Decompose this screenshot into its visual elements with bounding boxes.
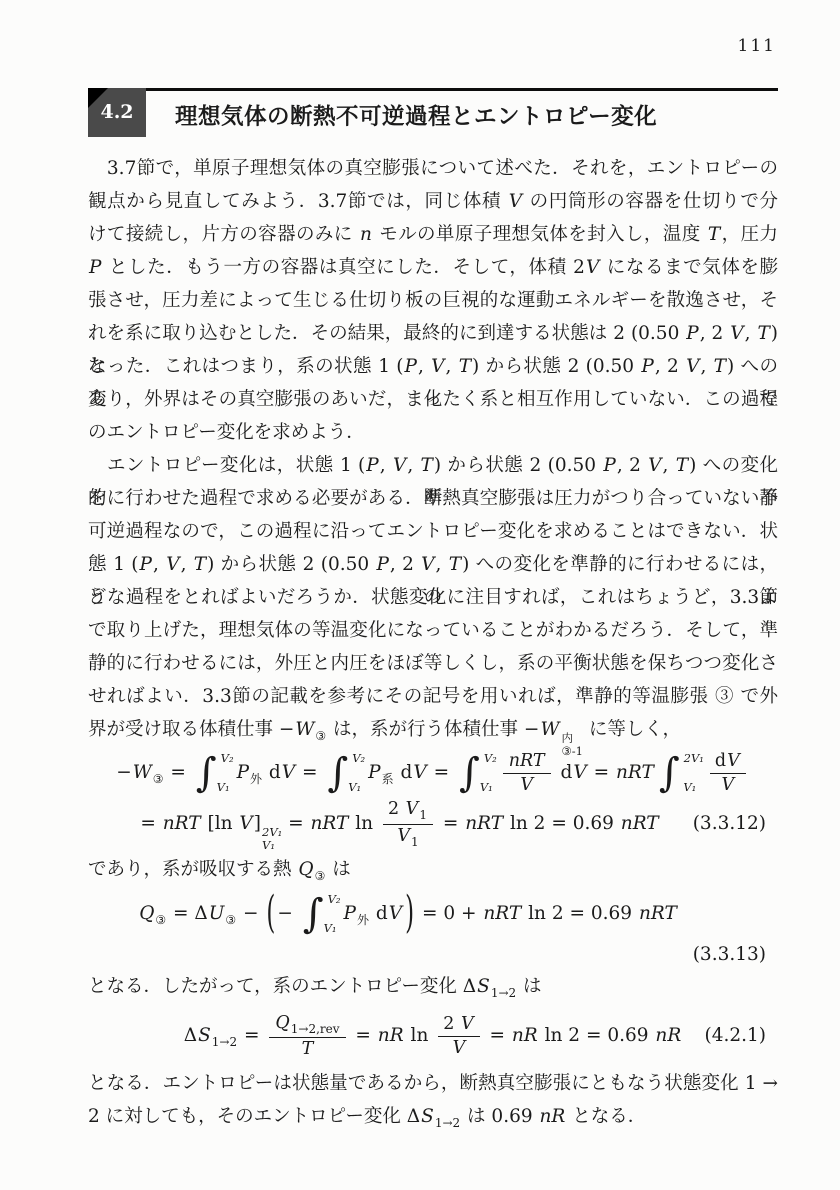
text-line: 態 1 (P, V, T) から状態 2 (0.50 P, 2 V, T) への…: [88, 548, 778, 581]
equation-line: = nRT [ln V]2V₁V₁ = nRT ln 2 V1V1 = nRT …: [88, 798, 778, 850]
math-variable: S: [420, 1106, 435, 1127]
math-variable: nR: [539, 1106, 567, 1127]
integral-sign: ∫V₂V₁: [327, 749, 365, 797]
math-variable: V: [585, 257, 600, 278]
math-supsub: 2V₁V₁: [262, 826, 282, 852]
text-line: 的に行わせた過程で求める必要がある．断熱真空膨張は圧力がつり合っていない不: [88, 482, 778, 515]
math-variable: T: [675, 455, 689, 476]
text-line: となる．したがって，系のエントロピー変化 ΔS1→2 は: [88, 970, 778, 1003]
math-variable: T: [420, 455, 434, 476]
math-variable: V: [685, 356, 700, 377]
equation-3-3-13: Q③ = ΔU③ − (− ∫V₂V₁P外 dV) = 0 + nRT ln 2…: [88, 888, 778, 970]
math-variable: n: [359, 224, 373, 245]
math-variable: V: [281, 762, 296, 783]
paragraph-1: 3.7節で，単原子理想気体の真空膨張について述べた．それを，エントロピーの 観点…: [88, 152, 778, 449]
section-header: 4.2 理想気体の断熱不可逆過程とエントロピー変化: [88, 88, 778, 138]
math-variable: U: [208, 903, 226, 924]
text-line: けて接続し，片方の容器のみに n モルの単原子理想気体を封入し，温度 T，圧力: [88, 218, 778, 251]
math-variable: P: [343, 903, 357, 924]
math-variable: V: [392, 455, 407, 476]
math-fraction: Q1→2,revT: [269, 1013, 345, 1060]
paragraph-3: となる．エントロピーは状態量であるから，断熱真空膨張にともなう状態変化 1 → …: [88, 1067, 778, 1133]
math-variable: W: [132, 762, 153, 783]
math-variable: nR: [511, 1025, 539, 1046]
math-subscript: 系: [382, 772, 395, 786]
math-variable: T: [301, 1039, 315, 1059]
math-variable: P: [602, 455, 616, 476]
page-number: 111: [738, 36, 776, 56]
math-variable: P: [640, 356, 654, 377]
big-paren: ): [405, 892, 414, 936]
math-variable: V: [165, 554, 180, 575]
math-subscript: ③: [153, 772, 165, 786]
math-subscript: 1→2: [212, 1035, 238, 1049]
equation-line: −W③ = ∫V₂V₁P外 dV = ∫V₂V₁P系 dV = ∫V₂V₁nRT…: [88, 748, 778, 798]
section-number: 4.2: [88, 101, 146, 123]
text-line: で取り上げた，理想気体の等温変化になっていることがわかるだろう．そして，準: [88, 614, 778, 647]
text-line: 観点から見直してみよう．3.7節では，同じ体積 V の円筒形の容器を仕切りで分: [88, 185, 778, 218]
integral-sign: ∫V₂V₁: [459, 749, 497, 797]
math-subscript: 1→2: [491, 986, 517, 1000]
math-variable: T: [713, 356, 727, 377]
math-variable: Q: [274, 1013, 290, 1033]
math-subscript: 1: [419, 808, 428, 822]
math-variable: P: [365, 455, 379, 476]
math-variable: V: [647, 455, 662, 476]
math-subscript: 1→2: [435, 1116, 461, 1130]
math-variable: P: [375, 554, 389, 575]
math-variable: P: [685, 323, 699, 344]
math-fraction: dVV: [710, 751, 746, 794]
paragraph-2: エントロピー変化は，状態 1 (P, V, T) から状態 2 (0.50 P,…: [88, 449, 778, 746]
math-variable: V: [430, 356, 445, 377]
math-subscript: 外: [357, 913, 370, 927]
equation-3-3-12: −W③ = ∫V₂V₁P外 dV = ∫V₂V₁P系 dV = ∫V₂V₁nRT…: [88, 748, 778, 850]
math-variable: S: [476, 976, 491, 997]
math-variable: V: [238, 813, 253, 834]
math-variable: V: [726, 751, 741, 771]
math-subscript: ③: [155, 913, 167, 927]
math-variable: nR: [377, 1025, 405, 1046]
text-line: 張させ，圧力差によって生じる仕切り板の巨視的な運動エネルギーを散逸させ，そ: [88, 284, 778, 317]
equation-line: ΔS1→2 = Q1→2,revT = nR ln 2 VV = nR ln 2…: [88, 1005, 778, 1067]
text-line: あり，外界はその真空膨張のあいだ，まったく系と相互作用していない．この過程: [88, 383, 778, 416]
text-line: 2 に対しても，そのエントロピー変化 ΔS1→2 は 0.69 nR となる．: [88, 1100, 778, 1133]
math-variable: nR: [654, 1025, 682, 1046]
math-subscript: ③: [315, 729, 327, 743]
equation-number: (3.3.12): [693, 798, 766, 850]
math-variable: T: [707, 224, 721, 245]
math-variable: V: [420, 554, 435, 575]
text-line: せればよい．3.3節の記載を参考にその記号を用いれば，準静的等温膨張 ③ で外: [88, 680, 778, 713]
integral-sign: ∫V₂V₁: [196, 749, 234, 797]
math-variable: P: [236, 762, 250, 783]
text-line: うな過程をとればよいだろうか．状態変化に注目すれば，これはちょうど，3.3節: [88, 581, 778, 614]
equation-expression: Q③ = ΔU③ − (− ∫V₂V₁P外 dV) = 0 + nRT ln 2…: [138, 888, 678, 946]
math-variable: T: [458, 356, 472, 377]
math-variable: P: [139, 554, 153, 575]
math-subscript: 1: [411, 835, 420, 849]
section-title: 理想気体の断熱不可逆過程とエントロピー変化: [175, 99, 657, 131]
text-line: 可逆過程なので，この過程に沿ってエントロピー変化を求めることはできない．状: [88, 515, 778, 548]
math-fraction: 2 VV: [438, 1014, 479, 1057]
math-variable: Q: [138, 903, 155, 924]
body-text: 3.7節で，単原子理想気体の真空膨張について述べた．それを，エントロピーの 観点…: [88, 152, 778, 1133]
math-variable: P: [88, 257, 102, 278]
equation-expression: = nRT [ln V]2V₁V₁ = nRT ln 2 V1V1 = nRT …: [140, 798, 659, 852]
integral-sign: ∫2V₁V₁: [659, 749, 704, 797]
section-number-box: 4.2: [88, 88, 146, 137]
math-variable: V: [721, 775, 736, 795]
math-variable: Q: [297, 859, 314, 880]
math-variable: T: [756, 323, 770, 344]
math-subscript: ③: [225, 913, 237, 927]
math-variable: V: [519, 775, 534, 795]
textbook-page: 111 4.2 理想気体の断熱不可逆過程とエントロピー変化 3.7節で，単原子理…: [0, 0, 840, 1190]
integral-sign: ∫V₂V₁: [303, 890, 341, 938]
math-variable: V: [508, 191, 523, 212]
big-paren: (: [266, 892, 275, 936]
math-variable: V: [460, 1014, 475, 1034]
math-variable: W: [294, 719, 315, 740]
math-variable: nRT: [508, 751, 546, 771]
math-variable: V: [452, 1038, 467, 1058]
equation-4-2-1: ΔS1→2 = Q1→2,revT = nR ln 2 VV = nR ln 2…: [88, 1005, 778, 1067]
math-fraction: nRTV: [503, 751, 551, 794]
math-variable: V: [729, 323, 744, 344]
equation-line: Q③ = ΔU③ − (− ∫V₂V₁P外 dV) = 0 + nRT ln 2…: [88, 888, 778, 940]
text-line: 界が受け取る体積仕事 −W③ は，系が行う体積仕事 −W内③-1 に等しく，: [88, 713, 778, 746]
math-subscript: 1→2,rev: [291, 1022, 341, 1036]
text-line: P とした．もう一方の容器は真空にした．そして，体積 2V になるまで気体を膨: [88, 251, 778, 284]
text-line: のエントロピー変化を求めよう．: [88, 416, 778, 449]
math-variable: nRT: [615, 762, 655, 783]
text-line: なった．これはつまり，系の状態 1 (P, V, T) から状態 2 (0.50…: [88, 350, 778, 383]
math-subscript: ③: [315, 869, 327, 883]
math-variable: V: [405, 799, 420, 819]
math-variable: nRT: [464, 813, 504, 834]
math-variable: T: [448, 554, 462, 575]
math-variable: V: [396, 826, 411, 846]
math-variable: V: [388, 903, 403, 924]
text-line: エントロピー変化は，状態 1 (P, V, T) から状態 2 (0.50 P,…: [88, 449, 778, 482]
math-variable: nRT: [620, 813, 660, 834]
text-line: であり，系が吸収する熱 Q③ は: [88, 853, 778, 886]
math-variable: nRT: [310, 813, 350, 834]
math-fraction: 2 V1V1: [383, 799, 433, 850]
math-variable: nRT: [162, 813, 202, 834]
text-line: れを系に取り込むとした．その結果，最終的に到達する状態は 2 (0.50 P, …: [88, 317, 778, 350]
math-variable: V: [572, 762, 587, 783]
equation-expression: ΔS1→2 = Q1→2,revT = nR ln 2 VV = nR ln 2…: [184, 1005, 683, 1073]
text-line: 静的に行わせるには，外圧と内圧をほぼ等しくし，系の平衡状態を保ちつつ変化さ: [88, 647, 778, 680]
math-variable: V: [412, 762, 427, 783]
math-variable: T: [193, 554, 207, 575]
header-rule: [88, 88, 778, 91]
math-variable: nRT: [638, 903, 678, 924]
math-subscript: 外: [250, 772, 263, 786]
math-variable: P: [404, 356, 418, 377]
text-line: 3.7節で，単原子理想気体の真空膨張について述べた．それを，エントロピーの: [88, 152, 778, 185]
math-variable: W: [539, 719, 560, 740]
equation-number: (4.2.1): [704, 1005, 766, 1067]
math-variable: nRT: [482, 903, 522, 924]
math-variable: S: [197, 1025, 212, 1046]
math-variable: P: [367, 762, 381, 783]
